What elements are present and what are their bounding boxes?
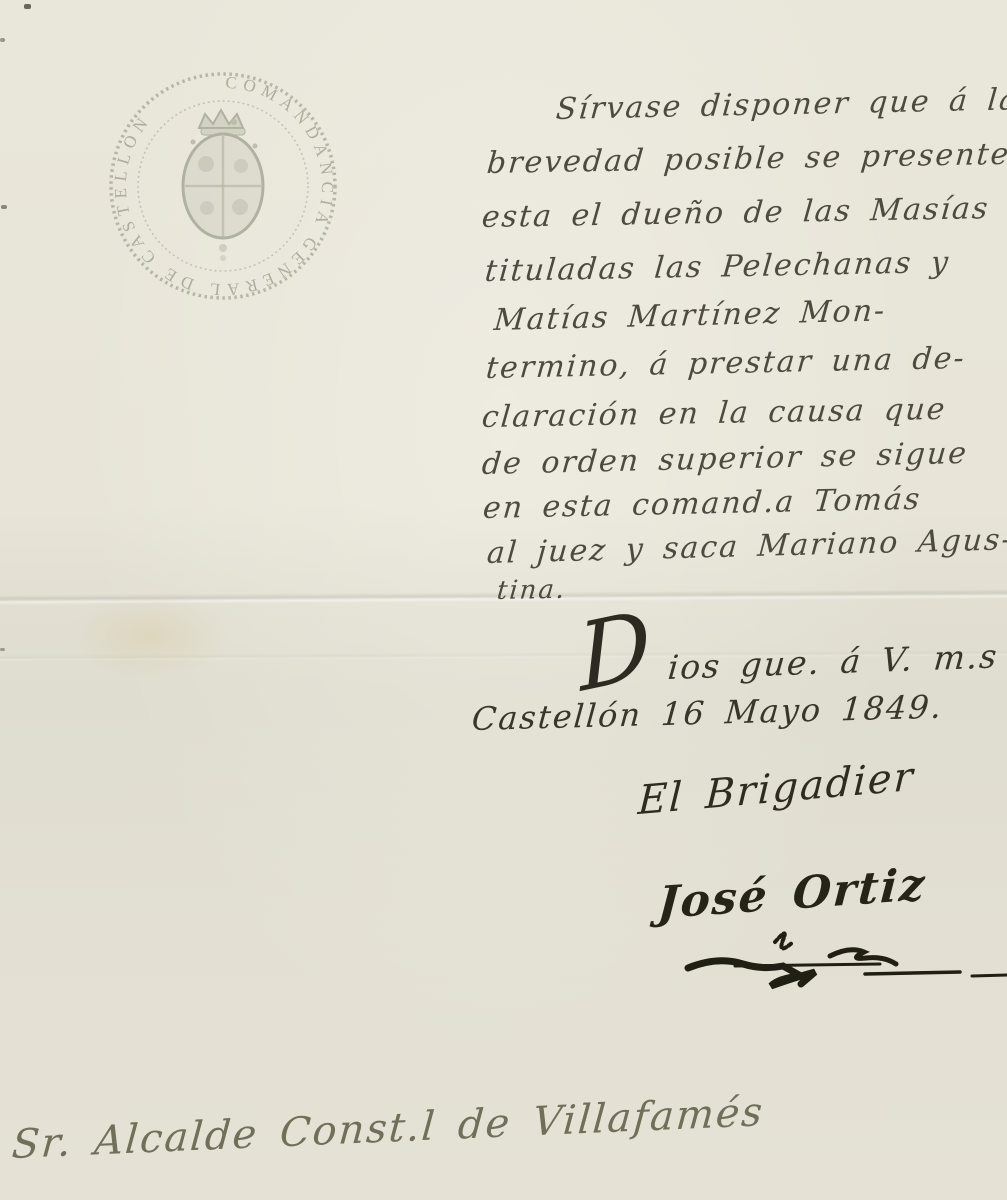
- stamp-emblem-coat-of-arms-icon: [183, 110, 263, 261]
- ink-speck: [0, 38, 5, 42]
- valediction-initial: D: [576, 598, 655, 706]
- dateline: Castellón 16 Mayo 1849.: [471, 688, 945, 738]
- body-line: de orden superior se sigue: [481, 436, 970, 482]
- body-line: esta el dueño de las Masías: [480, 191, 990, 235]
- ink-speck: [24, 4, 31, 9]
- official-seal-stamp-icon: COMANDANCIA GENERAL DE CASTELLON: [103, 62, 343, 310]
- body-line: brevedad posible se presente en: [485, 136, 1007, 181]
- body-line: Matías Martínez Mon-: [493, 293, 888, 338]
- signature-rubric-flourish-icon: [680, 920, 1007, 1010]
- body-line: Sírvase disponer que á la: [555, 82, 1007, 127]
- ink-speck: [1, 205, 7, 209]
- body-line: claración en la causa que: [480, 392, 948, 435]
- body-line: tina.: [496, 575, 568, 606]
- body-line: al juez y saca Mariano Agus-: [486, 522, 1007, 571]
- body-line: en esta comand.a Tomás: [482, 482, 923, 526]
- ink-speck: [0, 648, 5, 651]
- letter-page: COMANDANCIA GENERAL DE CASTELLON Sírvase…: [0, 0, 1007, 1200]
- body-line: tituladas las Pelechanas y: [483, 245, 951, 289]
- addressee-line: Sr. Alcalde Const.l de Villafamés: [10, 1089, 766, 1168]
- body-line: termino, á prestar una de-: [485, 341, 968, 386]
- paper-stain: [70, 590, 230, 680]
- signer-title: El Brigadier: [637, 754, 916, 825]
- signature: José Ortiz: [656, 859, 928, 929]
- valediction-line: ios gue. á V. m.s a.s: [666, 634, 1007, 687]
